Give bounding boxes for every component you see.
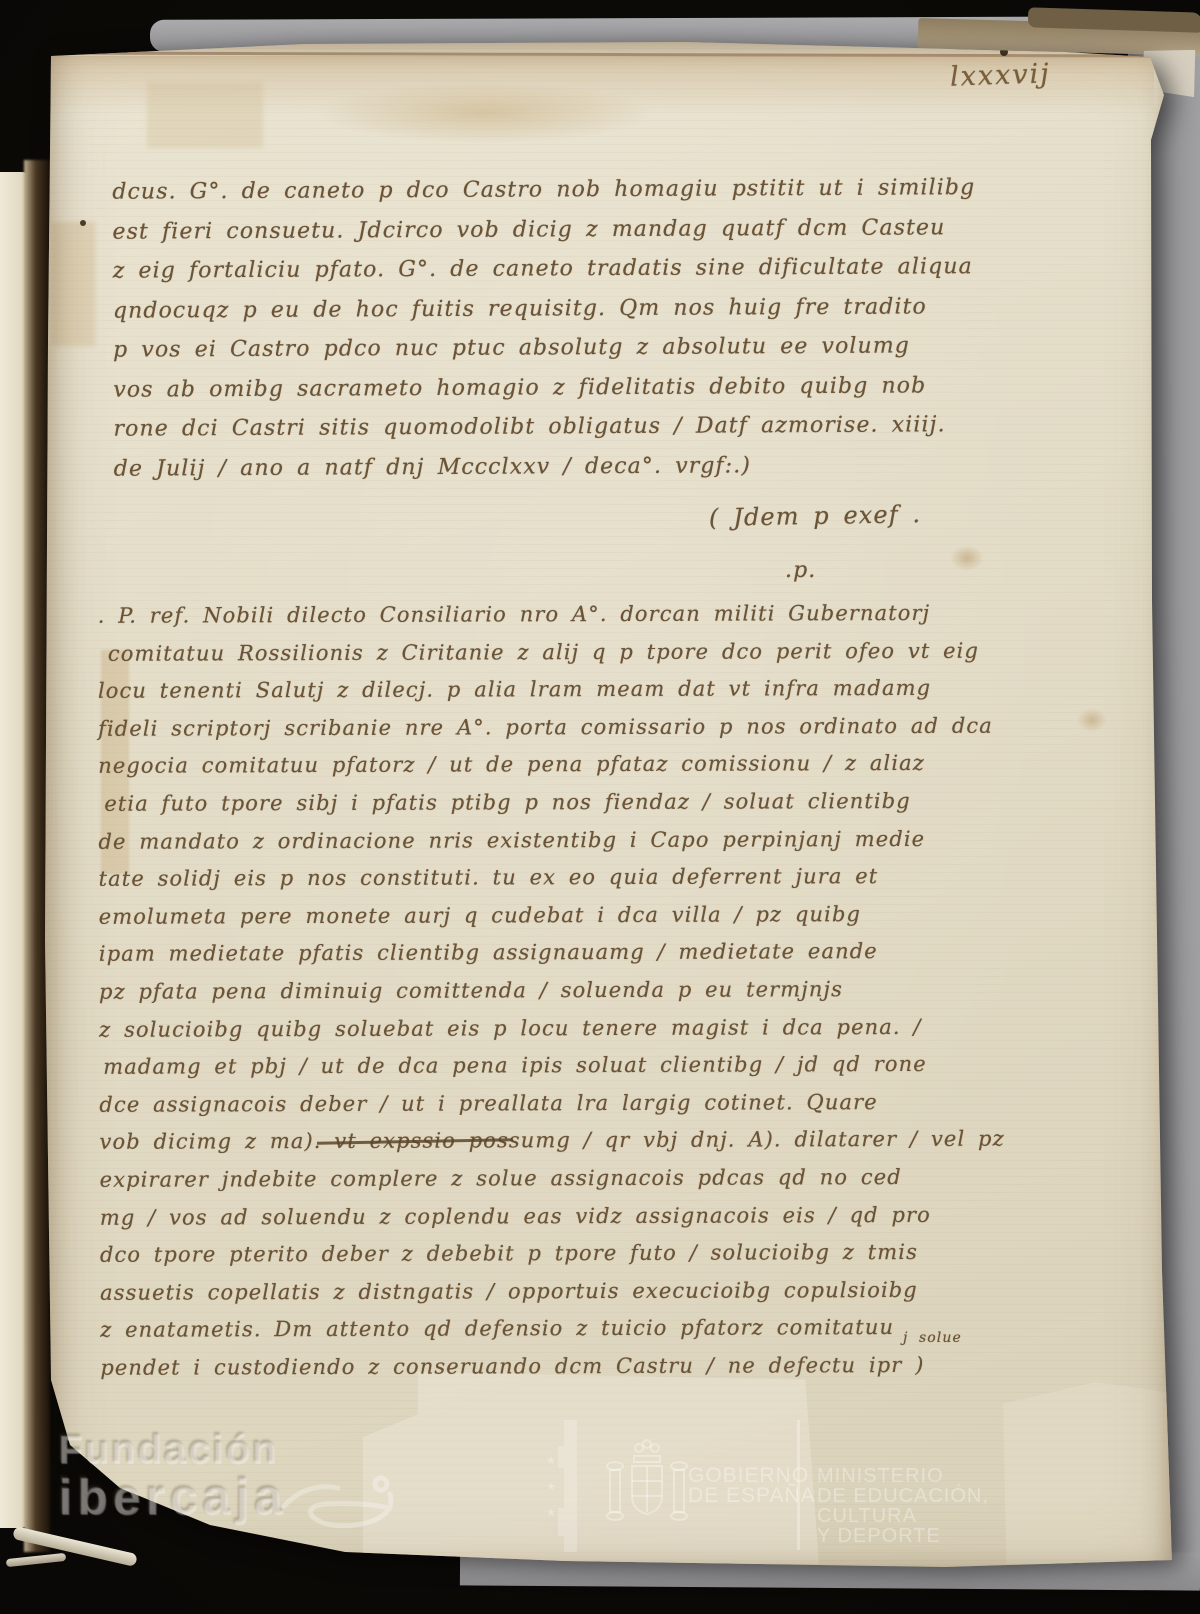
manuscript-text-line: madamg et pbj / ut de dca pena ipis solu…: [103, 1045, 1119, 1086]
interlinear-insertion: j solue: [903, 1330, 962, 1346]
wormhole: [80, 220, 86, 226]
page-top-edge-line: [49, 52, 1154, 58]
repair-tape-strip: [101, 650, 129, 874]
manuscript-text-line: qndocuqz p eu de hoc fuitis requisitg. Q…: [113, 286, 1123, 331]
manuscript-page-wrapper: lxxxvij dcus. G°. de caneto p dco Castro…: [45, 40, 1175, 1572]
manuscript-text-line: rone dci Castri sitis quomodolibt obliga…: [113, 404, 1123, 449]
manuscript-text-line: z solucioibg quibg soluebat eis p locu t…: [99, 1008, 1119, 1049]
repair-patch-bottom-center: [363, 1372, 819, 1564]
manuscript-paragraph-2: . P. ref. Nobili dilecto Consiliario nro…: [98, 594, 1121, 1387]
manuscript-text-line: dce assignacois deber / ut i preallata l…: [99, 1083, 1119, 1124]
manuscript-text-line: pendet i custodiendo z conseruando dcm C…: [100, 1346, 1120, 1387]
manuscript-text-line: assuetis copellatis z distngatis / oppor…: [100, 1271, 1120, 1312]
page-top-discoloration: [49, 56, 1154, 114]
parchment-stain: [950, 545, 984, 571]
manuscript-text-line: emolumeta pere monete aurj q cudebat i d…: [99, 895, 1119, 936]
manuscript-text-line: expirarer jndebite complere z solue assi…: [100, 1158, 1120, 1199]
manuscript-text-line: locu tenenti Salutj z dilecj. p alia lra…: [98, 669, 1118, 710]
repair-patch: [51, 222, 95, 346]
parchment-stain: [315, 82, 655, 144]
wormhole: [1000, 48, 1008, 56]
manuscript-text-line: tate solidj eis p nos constituti. tu ex …: [99, 857, 1119, 898]
manuscript-text-line: comitatuu Rossilionis z Ciritanie z alij…: [108, 632, 1118, 673]
manuscript-text-line: ipam medietate pfatis clientibg assignau…: [99, 933, 1119, 974]
manuscript-text-line: de mandato z ordinacione nris existentib…: [98, 820, 1118, 861]
manuscript-text-line: dcus. G°. de caneto p dco Castro nob hom…: [112, 167, 1122, 212]
manuscript-text-line: pz pfata pena diminuig comittenda / solu…: [99, 970, 1119, 1011]
manuscript-text-line: p vos ei Castro pdco nuc ptuc absolutg z…: [113, 325, 1123, 370]
manuscript-paragraph-1: dcus. G°. de caneto p dco Castro nob hom…: [112, 167, 1124, 488]
folio-number: lxxxvij: [949, 58, 1051, 92]
parchment-stain: [1077, 708, 1107, 732]
repair-patch-bottom-right: [1003, 1382, 1171, 1564]
rubric-idem-line: ( Jdem p exef .: [709, 500, 922, 532]
manuscript-text-line: est fieri consuetu. Jdcirco vob dicig z …: [112, 207, 1122, 252]
manuscript-text-line: vob dicimg z ma). vt expssio possumg / q…: [99, 1121, 1119, 1162]
rubric-p-mark: .p.: [785, 558, 816, 583]
manuscript-text-line: . P. ref. Nobili dilecto Consiliario nro…: [98, 594, 1118, 635]
repair-patch: [147, 82, 263, 148]
manuscript-page: lxxxvij dcus. G°. de caneto p dco Castro…: [45, 40, 1175, 1572]
manuscript-text-line: fideli scriptorj scribanie nre A°. porta…: [98, 707, 1118, 748]
manuscript-text-line: negocia comitatuu pfatorz / ut de pena p…: [98, 745, 1118, 786]
photograph-background: lxxxvij dcus. G°. de caneto p dco Castro…: [0, 0, 1200, 1614]
manuscript-text-line: etia futo tpore sibj i pfatis ptibg p no…: [104, 782, 1118, 823]
manuscript-text-line: vos ab omibg sacrameto homagio z fidelit…: [113, 365, 1123, 410]
manuscript-text-line: z enatametis. Dm attento qd defensio z t…: [100, 1308, 1120, 1349]
manuscript-text-line: mg / vos ad soluendu z coplendu eas vidz…: [100, 1196, 1120, 1237]
manuscript-text-line: dco tpore pterito deber z debebit p tpor…: [100, 1233, 1120, 1274]
strikethrough-pen-mark: [317, 1138, 513, 1144]
manuscript-text-line: de Julij / ano a natf dnj Mccclxxv / dec…: [114, 444, 1124, 489]
manuscript-text-line: z eig fortaliciu pfato. G°. de caneto tr…: [113, 246, 1123, 291]
